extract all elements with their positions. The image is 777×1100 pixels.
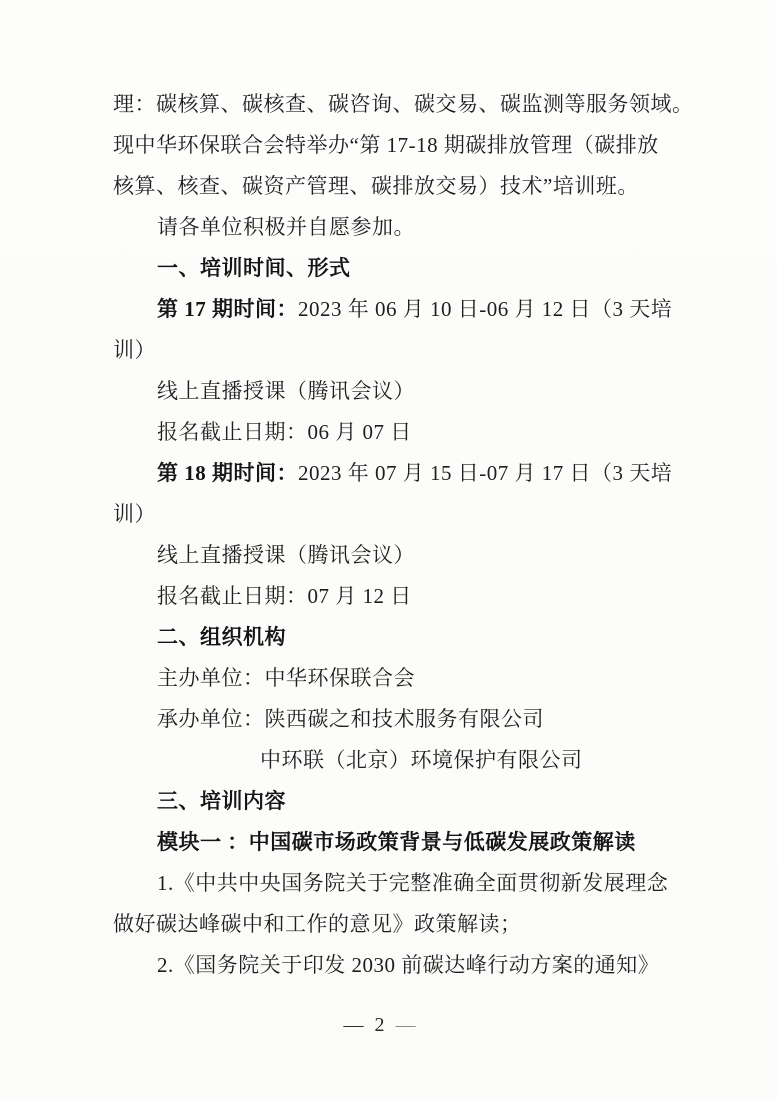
module-1-heading: 模块一 ：中国碳市场政策背景与低碳发展政策解读 <box>113 822 693 863</box>
text-line: 报名截止日期：07 月 12 日 <box>113 576 693 617</box>
text-line: 线上直播授课（腾讯会议） <box>113 535 693 576</box>
text-line: 2.《国务院关于印发 2030 前碳达峰行动方案的通知》 <box>113 945 693 986</box>
text-line-session-18: 第 18 期时间：2023 年 07 月 15 日-07 月 17 日（3 天培 <box>113 453 693 494</box>
text-line: 线上直播授课（腾讯会议） <box>113 371 693 412</box>
footer-dash-left: — <box>344 1014 365 1036</box>
session-18-dates: 2023 年 07 月 15 日-07 月 17 日（3 天培 <box>298 461 672 485</box>
text-line-co-organizer: 承办单位：陕西碳之和技术服务有限公司 <box>113 699 693 740</box>
document-page: 理：碳核算、碳核查、碳咨询、碳交易、碳监测等服务领域。 现中华环保联合会特举办“… <box>0 0 777 1100</box>
section-heading-1: 一、培训时间、形式 <box>113 248 693 289</box>
section-heading-3: 三、培训内容 <box>113 781 693 822</box>
session-18-label: 第 18 期时间： <box>157 461 298 485</box>
session-17-dates: 2023 年 06 月 10 日-06 月 12 日（3 天培 <box>298 297 672 321</box>
text-line-session-17: 第 17 期时间：2023 年 06 月 10 日-06 月 12 日（3 天培 <box>113 289 693 330</box>
section-heading-2: 二、组织机构 <box>113 617 693 658</box>
text-line: 理：碳核算、碳核查、碳咨询、碳交易、碳监测等服务领域。 <box>113 84 693 125</box>
page-footer: —2— <box>0 1014 760 1037</box>
text-line: 1.《中共中央国务院关于完整准确全面贯彻新发展理念 <box>113 863 693 904</box>
text-line: 核算、核查、碳资产管理、碳排放交易）技术”培训班。 <box>113 166 693 207</box>
session-17-label: 第 17 期时间： <box>157 297 298 321</box>
text-line: 做好碳达峰碳中和工作的意见》政策解读； <box>113 904 693 945</box>
text-line: 训） <box>113 494 693 535</box>
text-line: 训） <box>113 330 693 371</box>
text-line-co-organizer-2: 中环联（北京）环境保护有限公司 <box>113 740 693 781</box>
document-body: 理：碳核算、碳核查、碳咨询、碳交易、碳监测等服务领域。 现中华环保联合会特举办“… <box>113 84 693 986</box>
text-line: 报名截止日期：06 月 07 日 <box>113 412 693 453</box>
footer-dash-right: — <box>396 1014 417 1036</box>
text-line: 请各单位积极并自愿参加。 <box>113 207 693 248</box>
text-line-organizer: 主办单位：中华环保联合会 <box>113 658 693 699</box>
text-line: 现中华环保联合会特举办“第 17-18 期碳排放管理（碳排放 <box>113 125 693 166</box>
page-number: 2 <box>375 1014 386 1036</box>
